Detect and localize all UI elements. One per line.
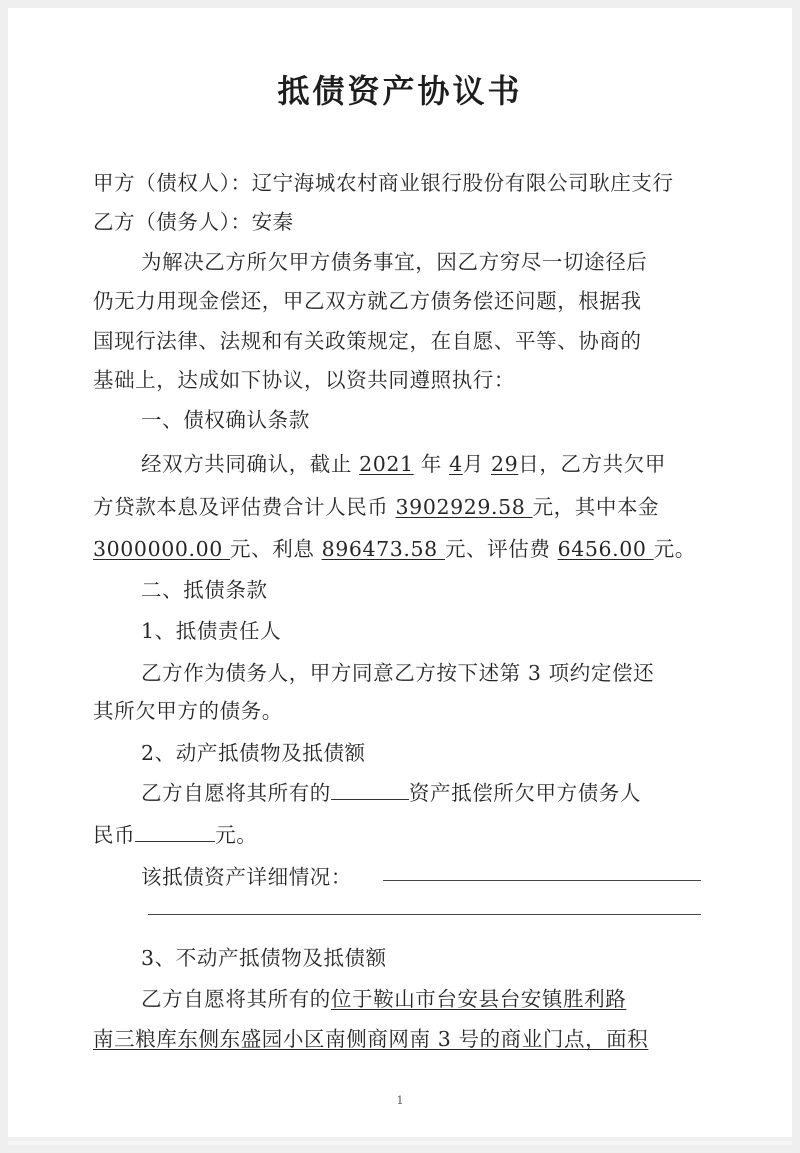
year-value: 2021 — [359, 452, 414, 476]
text: 乙方自愿将其所有的 — [141, 781, 331, 805]
asset-detail-blank-1 — [383, 880, 701, 881]
text: 元。 — [654, 537, 696, 561]
month-value: 4 — [449, 452, 463, 476]
debt-confirmation-line-2: 方贷款本息及评估费合计人民币 3902929.58 元，其中本金 — [93, 493, 713, 521]
item-1-line-2: 其所欠甲方的债务。 — [93, 697, 713, 725]
item-3-line-2: 南三粮库东侧东盛园小区南侧商网南 3 号的商业门点，面积 — [93, 1025, 713, 1053]
text: 月 — [463, 452, 484, 476]
item-3-heading: 3、不动产抵债物及抵债额 — [141, 944, 761, 972]
item-2-line-2: 民币元。 — [93, 821, 713, 849]
principal-value: 3000000.00 — [93, 537, 223, 561]
document-title: 抵债资产协议书 — [8, 66, 792, 112]
item-1-heading: 1、抵债责任人 — [141, 617, 761, 645]
party-a-name: 辽宁海城农村商业银行股份有限公司耿庄支行 — [252, 171, 674, 195]
interest-amount: 896473.58 — [322, 537, 445, 561]
total-amount-value: 3902929.58 — [396, 495, 526, 519]
text: 元、评估费 — [445, 537, 551, 561]
debt-confirmation-line-3: 3000000.00 元、利息 896473.58 元、评估费 6456.00 … — [93, 535, 713, 563]
text: 元、利息 — [230, 537, 314, 561]
text: 年 — [421, 452, 442, 476]
party-b-name: 安秦 — [252, 210, 294, 234]
preamble-line-2: 仍无力用现金偿还，甲乙双方就乙方债务偿还问题，根据我 — [93, 287, 713, 315]
next-page-edge — [8, 1141, 792, 1145]
party-b-line: 乙方（债务人）：安秦 — [93, 208, 713, 236]
item-2-detail-line: 该抵债资产详细情况： — [141, 863, 761, 891]
principal-amount: 3000000.00 — [93, 537, 230, 561]
appraisal-fee-amount: 6456.00 — [558, 537, 654, 561]
asset-blank-field — [331, 781, 409, 800]
asset-detail-blank-2 — [148, 914, 701, 915]
appraisal-fee-value: 6456.00 — [558, 537, 647, 561]
text: 民币 — [93, 823, 135, 847]
property-description: 南三粮库东侧东盛园小区南侧商网南 3 号的商业门点，面积 — [93, 1027, 648, 1051]
text: 方贷款本息及评估费合计人民币 — [93, 495, 388, 519]
asset-detail-label: 该抵债资产详细情况： — [141, 865, 352, 889]
section-2-heading: 二、抵债条款 — [141, 576, 761, 604]
preamble-line-1: 为解决乙方所欠甲方债务事宜，因乙方穷尽一切途径后 — [141, 248, 761, 276]
document-page: 抵债资产协议书 甲方（债权人）：辽宁海城农村商业银行股份有限公司耿庄支行 乙方（… — [8, 8, 792, 1137]
page-number: 1 — [8, 1094, 792, 1107]
text: 日，乙方共欠甲 — [518, 452, 666, 476]
section-1-heading: 一、债权确认条款 — [141, 406, 761, 434]
day-value: 29 — [491, 452, 518, 476]
text: 元。 — [215, 823, 257, 847]
item-1-line-1: 乙方作为债务人，甲方同意乙方按下述第 3 项约定偿还 — [141, 659, 761, 687]
item-2-line-1: 乙方自愿将其所有的资产抵偿所欠甲方债务人 — [141, 779, 761, 807]
item-3-line-1: 乙方自愿将其所有的位于鞍山市台安县台安镇胜利路 — [141, 985, 761, 1013]
text: 乙方自愿将其所有的 — [141, 987, 331, 1011]
party-a-line: 甲方（债权人）：辽宁海城农村商业银行股份有限公司耿庄支行 — [93, 169, 713, 197]
text: 元，其中本金 — [533, 495, 660, 519]
preamble-line-3: 国现行法律、法规和有关政策规定，在自愿、平等、协商的 — [93, 327, 713, 355]
party-a-label: 甲方（债权人）： — [93, 171, 252, 195]
preamble-line-4: 基础上，达成如下协议，以资共同遵照执行： — [93, 366, 713, 394]
interest-value: 896473.58 — [322, 537, 438, 561]
property-location: 位于鞍山市台安县台安镇胜利路 — [331, 987, 626, 1011]
party-b-label: 乙方（债务人）： — [93, 210, 252, 234]
total-amount: 3902929.58 — [396, 495, 533, 519]
item-2-heading: 2、动产抵债物及抵债额 — [141, 739, 761, 767]
text: 资产抵偿所欠甲方债务人 — [409, 781, 641, 805]
text: 经双方共同确认，截止 — [141, 452, 352, 476]
amount-blank-field — [135, 823, 215, 842]
debt-confirmation-line-1: 经双方共同确认，截止 2021 年 4月 29日，乙方共欠甲 — [141, 450, 761, 478]
